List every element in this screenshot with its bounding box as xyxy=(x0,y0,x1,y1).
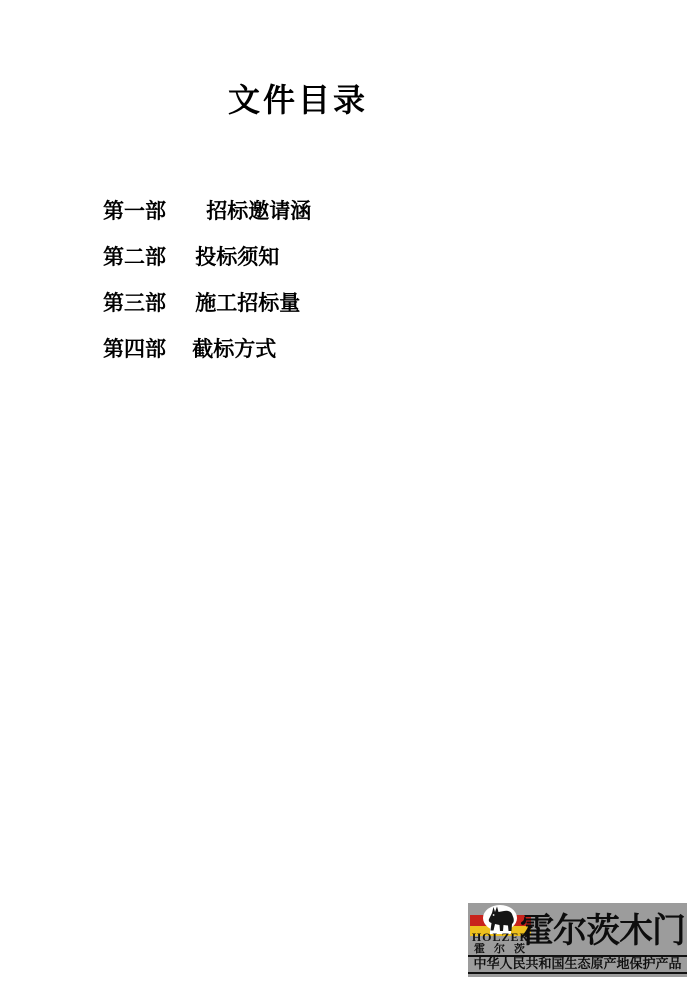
brand-tagline: 中华人民共和国生态原产地保护产品 xyxy=(468,955,687,974)
toc-part-title: 投标须知 xyxy=(195,234,279,280)
toc-entry-part1: 第一部 招标邀请涵 xyxy=(103,188,311,234)
holzer-brand-logo: HOLZER 霍尔茨 霍尔茨木门 中华人民共和国生态原产地保护产品 xyxy=(468,903,687,977)
toc-part-title: 招标邀请涵 xyxy=(206,188,311,234)
toc-entry-part3: 第三部 施工招标量 xyxy=(103,280,311,326)
toc-entry-part2: 第二部 投标须知 xyxy=(103,234,311,280)
toc-part-label: 第二部 xyxy=(103,234,166,280)
page-title: 文件目录 xyxy=(228,84,368,116)
document-page: 文件目录 第一部 招标邀请涵 第二部 投标须知 第三部 施工招标量 第四部 截标… xyxy=(0,0,692,981)
toc-part-title: 施工招标量 xyxy=(195,280,300,326)
toc-entry-part4: 第四部 截标方式 xyxy=(103,326,311,372)
toc-part-label: 第四部 xyxy=(103,326,166,372)
table-of-contents: 第一部 招标邀请涵 第二部 投标须知 第三部 施工招标量 第四部 截标方式 xyxy=(103,188,311,372)
toc-part-label: 第三部 xyxy=(103,280,166,326)
toc-part-label: 第一部 xyxy=(103,188,166,234)
brand-name-cn-large: 霍尔茨木门 xyxy=(520,914,685,948)
toc-part-title: 截标方式 xyxy=(192,326,276,372)
